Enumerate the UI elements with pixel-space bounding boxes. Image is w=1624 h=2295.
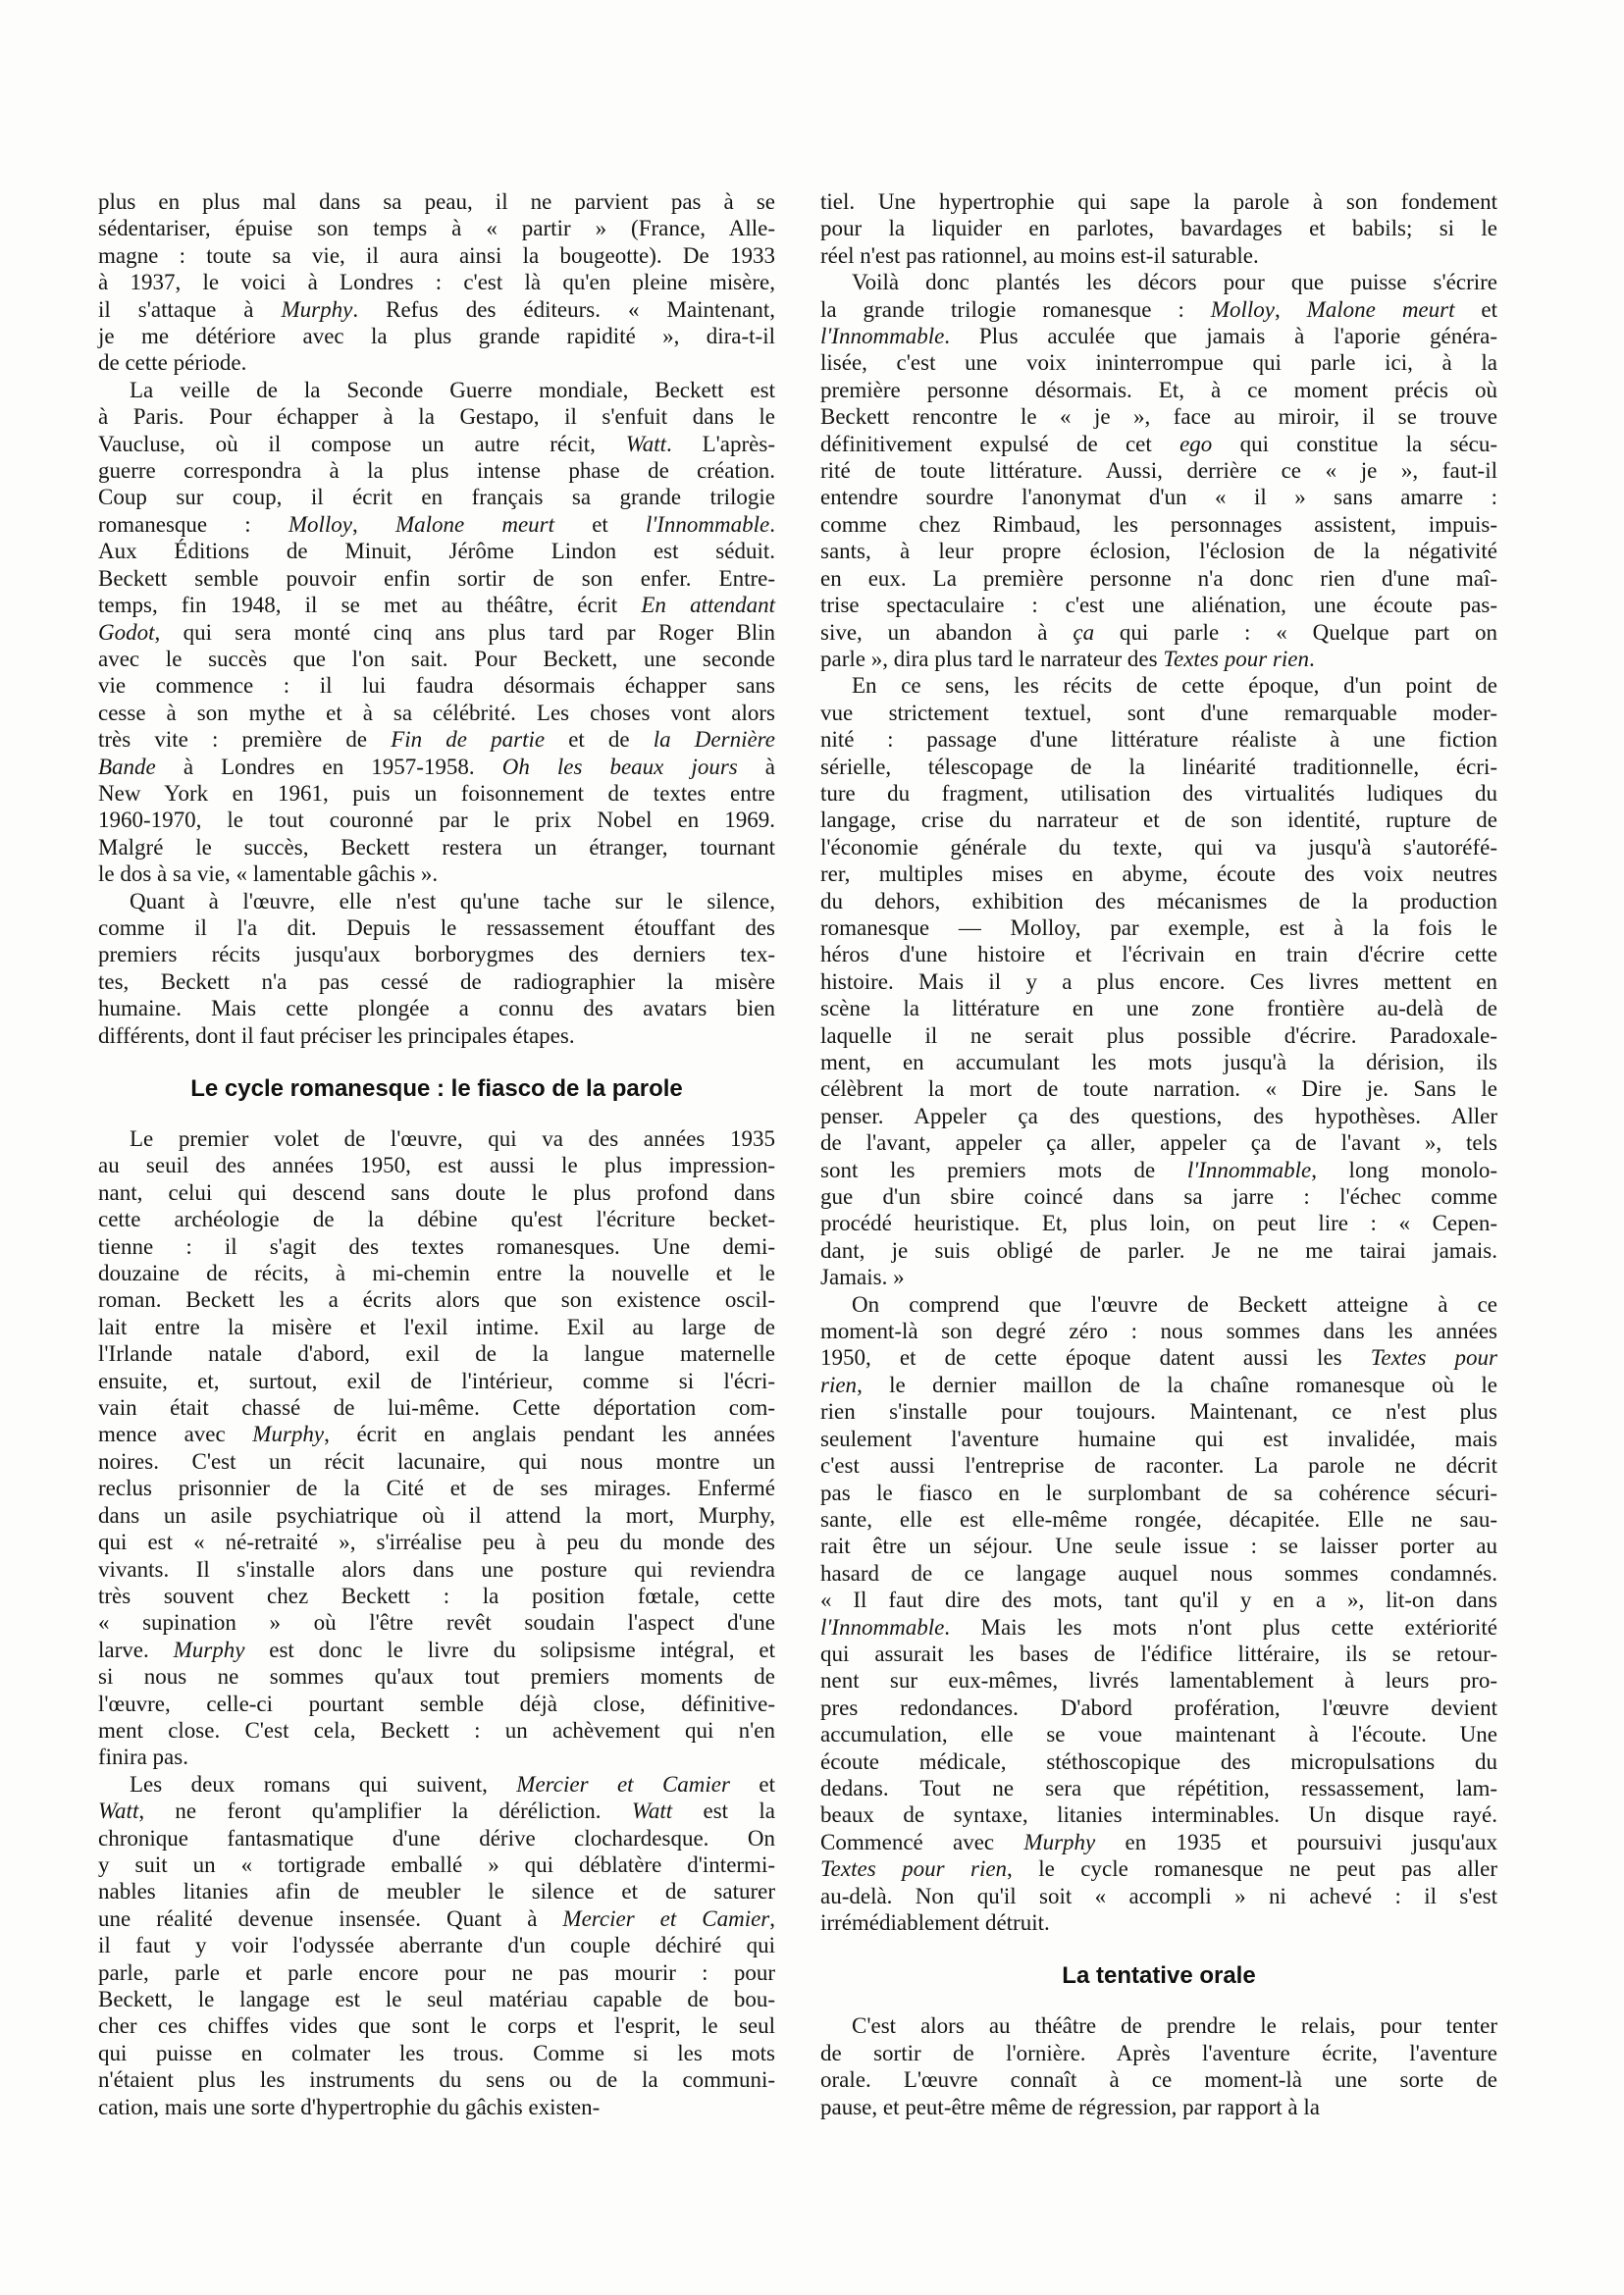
paragraph: C'est alors au théâtre de prendre le rel…	[820, 2012, 1497, 2120]
text-line: chronique fantasmatique d'une dérive clo…	[98, 1825, 775, 1852]
text-line: parle, parle et parle encore pour ne pas…	[98, 1959, 775, 1986]
text-columns: plus en plus mal dans sa peau, il ne par…	[98, 188, 1497, 2120]
text-line: je me détériore avec la plus grande rapi…	[98, 323, 775, 349]
text-line: qui assurait les bases de l'édifice litt…	[820, 1641, 1497, 1667]
text-line: procédé heuristique. Et, plus loin, on p…	[820, 1210, 1497, 1236]
text-line: C'est alors au théâtre de prendre le rel…	[820, 2012, 1497, 2039]
text-line: moment-là son degré zéro : nous sommes d…	[820, 1318, 1497, 1344]
text-line: rien, le dernier maillon de la chaîne ro…	[820, 1372, 1497, 1398]
left-column: plus en plus mal dans sa peau, il ne par…	[98, 188, 775, 2120]
text-line: sérielle, télescopage de la linéarité tr…	[820, 754, 1497, 780]
text-line: histoire. Mais il y a plus encore. Ces l…	[820, 968, 1497, 995]
text-line: Voilà donc plantés les décors pour que p…	[820, 269, 1497, 295]
paragraph: Quant à l'œuvre, elle n'est qu'une tache…	[98, 888, 775, 1049]
text-line: pres redondances. D'abord profération, l…	[820, 1695, 1497, 1721]
text-line: reclus prisonnier de la Cité et de ses m…	[98, 1475, 775, 1501]
text-line: qui puisse en colmater les trous. Comme …	[98, 2040, 775, 2066]
text-line: roman. Beckett les a écrits alors que so…	[98, 1286, 775, 1313]
text-line: Godot, qui sera monté cinq ans plus tard…	[98, 619, 775, 646]
text-line: la grande trilogie romanesque : Molloy, …	[820, 296, 1497, 323]
text-line: l'Irlande natale d'abord, exil de la lan…	[98, 1340, 775, 1367]
text-line: rien s'installe pour toujours. Maintenan…	[820, 1398, 1497, 1425]
paragraph: En ce sens, les récits de cette époque, …	[820, 672, 1497, 1290]
text-line: il s'attaque à Murphy. Refus des éditeur…	[98, 296, 775, 323]
text-line: sive, un abandon à ça qui parle : « Quel…	[820, 619, 1497, 646]
text-line: Coup sur coup, il écrit en français sa g…	[98, 484, 775, 510]
text-line: penser. Appeler ça des questions, des hy…	[820, 1103, 1497, 1129]
text-line: de sortir de l'ornière. Après l'aventure…	[820, 2040, 1497, 2066]
text-line: le dos à sa vie, « lamentable gâchis ».	[98, 861, 775, 887]
text-line: « supination » où l'être revêt soudain l…	[98, 1609, 775, 1636]
text-line: parle », dira plus tard le narrateur des…	[820, 646, 1497, 672]
text-line: larve. Murphy est donc le livre du solip…	[98, 1637, 775, 1663]
text-line: Beckett rencontre le « je », face au mir…	[820, 403, 1497, 430]
text-line: Commencé avec Murphy en 1935 et poursuiv…	[820, 1829, 1497, 1855]
text-line: dant, je suis obligé de parler. Je ne me…	[820, 1237, 1497, 1264]
text-line: une réalité devenue insensée. Quant à Me…	[98, 1905, 775, 1932]
text-line: orale. L'œuvre connaît à ce moment-là un…	[820, 2066, 1497, 2093]
text-line: mence avec Murphy, écrit en anglais pend…	[98, 1421, 775, 1447]
document-page: plus en plus mal dans sa peau, il ne par…	[0, 0, 1624, 2295]
text-line: New York en 1961, puis un foisonnement d…	[98, 780, 775, 807]
text-line: première personne désormais. Et, à ce mo…	[820, 377, 1497, 403]
text-line: romanesque — Molloy, par exemple, est à …	[820, 914, 1497, 941]
text-line: l'œuvre, celle-ci pourtant semble déjà c…	[98, 1691, 775, 1717]
text-line: dedans. Tout ne sera que répétition, res…	[820, 1775, 1497, 1801]
text-line: cation, mais une sorte d'hypertrophie du…	[98, 2094, 775, 2120]
text-line: cesse à son mythe et à sa célébrité. Les…	[98, 700, 775, 726]
text-line: sants, à leur propre éclosion, l'éclosio…	[820, 538, 1497, 564]
text-line: nant, celui qui descend sans doute le pl…	[98, 1179, 775, 1206]
text-line: langage, crise du narrateur et de son id…	[820, 807, 1497, 833]
text-line: rait être un séjour. Une seule issue : s…	[820, 1533, 1497, 1559]
text-line: célèbrent la mort de toute narration. « …	[820, 1075, 1497, 1102]
text-line: En ce sens, les récits de cette époque, …	[820, 672, 1497, 699]
text-line: gue d'un sbire coincé dans sa jarre : l'…	[820, 1183, 1497, 1210]
paragraph: Voilà donc plantés les décors pour que p…	[820, 269, 1497, 672]
text-line: magne : toute sa vie, il aura ainsi la b…	[98, 242, 775, 269]
text-line: dans un asile psychiatrique où il attend…	[98, 1502, 775, 1529]
text-line: tiel. Une hypertrophie qui sape la parol…	[820, 188, 1497, 215]
text-line: vain était chassé de lui-même. Cette dép…	[98, 1394, 775, 1421]
text-line: rité de toute littérature. Aussi, derriè…	[820, 457, 1497, 484]
text-line: ture du fragment, utilisation des virtua…	[820, 780, 1497, 807]
text-line: réel n'est pas rationnel, au moins est-i…	[820, 242, 1497, 269]
paragraph: La veille de la Seconde Guerre mondiale,…	[98, 377, 775, 888]
text-line: ment close. C'est cela, Beckett : un ach…	[98, 1717, 775, 1744]
text-line: au seuil des années 1950, est aussi le p…	[98, 1152, 775, 1178]
section-heading: Le cycle romanesque : le fiasco de la pa…	[98, 1075, 775, 1103]
text-line: Vaucluse, où il compose un autre récit, …	[98, 431, 775, 457]
text-line: il faut y voir l'odyssée aberrante d'un …	[98, 1932, 775, 1958]
text-line: n'étaient plus les instruments du sens o…	[98, 2066, 775, 2093]
text-line: trise spectaculaire : c'est une aliénati…	[820, 592, 1497, 618]
text-line: à 1937, le voici à Londres : c'est là qu…	[98, 269, 775, 295]
text-line: 1960-1970, le tout couronné par le prix …	[98, 807, 775, 833]
text-line: lait entre la misère et l'exil intime. E…	[98, 1314, 775, 1340]
paragraph: tiel. Une hypertrophie qui sape la parol…	[820, 188, 1497, 269]
text-line: y suit un « tortigrade emballé » qui déb…	[98, 1852, 775, 1878]
text-line: ment, en accumulant les mots jusqu'à la …	[820, 1049, 1497, 1075]
text-line: hasard de ce langage auquel nous sommes …	[820, 1560, 1497, 1587]
text-line: Beckett semble pouvoir enfin sortir de s…	[98, 565, 775, 592]
text-line: ensuite, et, surtout, exil de l'intérieu…	[98, 1368, 775, 1394]
text-line: guerre correspondra à la plus intense ph…	[98, 457, 775, 484]
paragraph: plus en plus mal dans sa peau, il ne par…	[98, 188, 775, 377]
text-line: Watt, ne feront qu'amplifier la dérélict…	[98, 1798, 775, 1824]
paragraph: Les deux romans qui suivent, Mercier et …	[98, 1771, 775, 2120]
text-line: l'Innommable. Mais les mots n'ont plus c…	[820, 1614, 1497, 1641]
text-line: comme il l'a dit. Depuis le ressassement…	[98, 914, 775, 941]
text-line: différents, dont il faut préciser les pr…	[98, 1022, 775, 1049]
text-line: beaux de syntaxe, litanies interminables…	[820, 1801, 1497, 1828]
text-line: avec le succès que l'on sait. Pour Becke…	[98, 646, 775, 672]
text-line: La veille de la Seconde Guerre mondiale,…	[98, 377, 775, 403]
text-line: Quant à l'œuvre, elle n'est qu'une tache…	[98, 888, 775, 914]
text-line: scène la littérature en une zone frontiè…	[820, 995, 1497, 1021]
text-line: l'économie générale du texte, qui va jus…	[820, 834, 1497, 861]
text-line: temps, fin 1948, il se met au théâtre, é…	[98, 592, 775, 618]
text-line: premiers récits jusqu'aux borborygmes de…	[98, 941, 775, 967]
text-line: du dehors, exhibition des mécanismes de …	[820, 888, 1497, 914]
text-line: « Il faut dire des mots, tant qu'il y en…	[820, 1587, 1497, 1613]
text-line: On comprend que l'œuvre de Beckett attei…	[820, 1291, 1497, 1318]
paragraph: On comprend que l'œuvre de Beckett attei…	[820, 1291, 1497, 1937]
text-line: Malgré le succès, Beckett restera un étr…	[98, 834, 775, 861]
text-line: pas le fiasco en le surplombant de sa co…	[820, 1480, 1497, 1506]
text-line: accumulation, elle se voue maintenant à …	[820, 1721, 1497, 1747]
text-line: 1950, et de cette époque datent aussi le…	[820, 1344, 1497, 1371]
text-line: cette archéologie de la débine qu'est l'…	[98, 1206, 775, 1232]
text-line: tes, Beckett n'a pas cessé de radiograph…	[98, 968, 775, 995]
text-line: laquelle il ne serait plus possible d'éc…	[820, 1022, 1497, 1049]
text-line: de cette période.	[98, 349, 775, 376]
text-line: Textes pour rien, le cycle romanesque ne…	[820, 1855, 1497, 1882]
text-line: Beckett, le langage est le seul matériau…	[98, 1986, 775, 2012]
text-line: romanesque : Molloy, Malone meurt et l'I…	[98, 511, 775, 538]
paragraph: Le premier volet de l'œuvre, qui va des …	[98, 1125, 775, 1771]
text-line: douzaine de récits, à mi-chemin entre la…	[98, 1260, 775, 1286]
text-line: écoute médicale, stéthoscopique des micr…	[820, 1748, 1497, 1775]
text-line: Le premier volet de l'œuvre, qui va des …	[98, 1125, 775, 1152]
text-line: de l'avant, appeler ça aller, appeler ça…	[820, 1129, 1497, 1156]
text-line: c'est aussi l'entreprise de raconter. La…	[820, 1452, 1497, 1479]
text-line: pour la liquider en parlotes, bavardages…	[820, 215, 1497, 241]
text-line: au-delà. Non qu'il soit « accompli » ni …	[820, 1883, 1497, 1909]
text-line: nité : passage d'une littérature réalist…	[820, 726, 1497, 753]
text-line: nent sur eux-mêmes, livrés lamentablemen…	[820, 1667, 1497, 1694]
text-line: Jamais. »	[820, 1264, 1497, 1290]
text-line: finira pas.	[98, 1744, 775, 1770]
text-line: vie commence : il lui faudra désormais é…	[98, 672, 775, 699]
text-line: vivants. Il s'installe alors dans une po…	[98, 1556, 775, 1583]
text-line: sédentariser, épuise son temps à « parti…	[98, 215, 775, 241]
text-line: irrémédiablement détruit.	[820, 1909, 1497, 1936]
text-line: Les deux romans qui suivent, Mercier et …	[98, 1771, 775, 1798]
text-line: l'Innommable. Plus acculée que jamais à …	[820, 323, 1497, 349]
text-line: lisée, c'est une voix ininterrompue qui …	[820, 349, 1497, 376]
text-line: très vite : première de Fin de partie et…	[98, 726, 775, 753]
text-line: rer, multiples mises en abyme, écoute de…	[820, 861, 1497, 887]
text-line: vue strictement textuel, sont d'une rema…	[820, 700, 1497, 726]
text-line: seulement l'aventure humaine qui est inv…	[820, 1426, 1497, 1452]
text-line: nables litanies afin de meubler le silen…	[98, 1878, 775, 1904]
text-line: sont les premiers mots de l'Innommable, …	[820, 1157, 1497, 1183]
section-heading: La tentative orale	[820, 1962, 1497, 1990]
text-line: humaine. Mais cette plongée a connu des …	[98, 995, 775, 1021]
text-line: comme chez Rimbaud, les personnages assi…	[820, 511, 1497, 538]
text-line: définitivement expulsé de cet ego qui co…	[820, 431, 1497, 457]
text-line: à Paris. Pour échapper à la Gestapo, il …	[98, 403, 775, 430]
text-line: noires. C'est un récit lacunaire, qui no…	[98, 1448, 775, 1475]
text-line: cher ces chiffes vides que sont le corps…	[98, 2012, 775, 2039]
text-line: tienne : il s'agit des textes romanesque…	[98, 1233, 775, 1260]
text-line: Aux Éditions de Minuit, Jérôme Lindon es…	[98, 538, 775, 564]
text-line: sante, elle est elle-même rongée, décapi…	[820, 1506, 1497, 1533]
text-line: si nous ne sommes qu'aux tout premiers m…	[98, 1663, 775, 1690]
text-line: pause, et peut-être même de régression, …	[820, 2094, 1497, 2120]
text-line: plus en plus mal dans sa peau, il ne par…	[98, 188, 775, 215]
text-line: très souvent chez Beckett : la position …	[98, 1583, 775, 1609]
text-line: en eux. La première personne n'a donc ri…	[820, 565, 1497, 592]
text-line: qui est « né-retraité », s'irréalise peu…	[98, 1529, 775, 1555]
text-line: Bande à Londres en 1957-1958. Oh les bea…	[98, 754, 775, 780]
right-column: tiel. Une hypertrophie qui sape la parol…	[820, 188, 1497, 2120]
text-line: héros d'une histoire et l'écrivain en tr…	[820, 941, 1497, 967]
text-line: entendre sourdre l'anonymat d'un « il » …	[820, 484, 1497, 510]
